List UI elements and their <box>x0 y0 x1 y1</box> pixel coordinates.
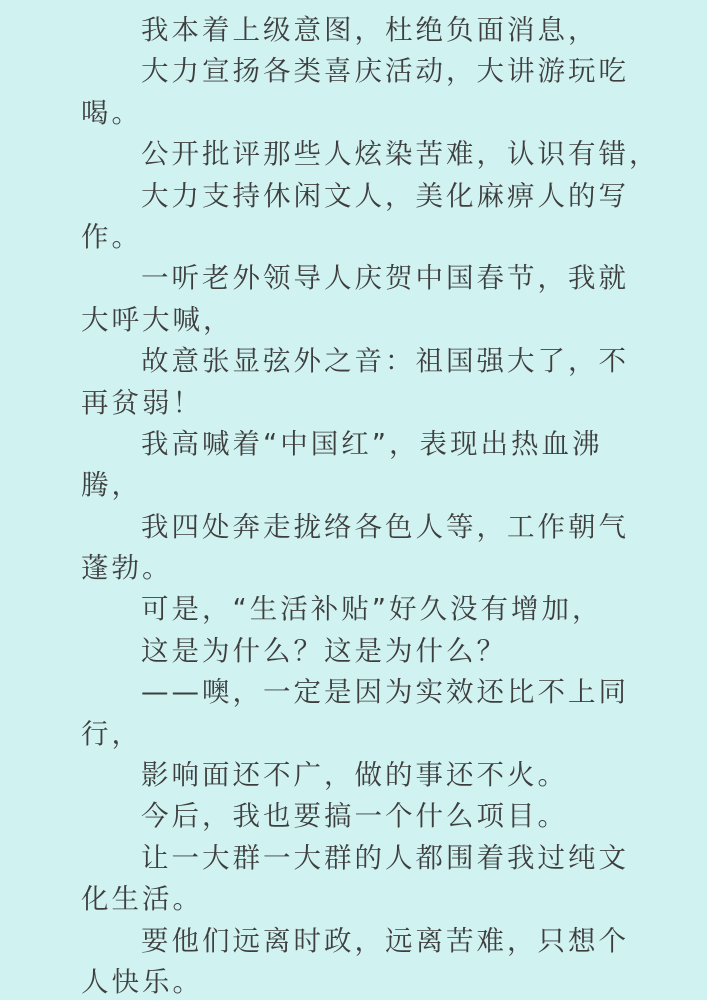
text-line-continuation: 喝。 <box>81 93 641 134</box>
text-line: 要他们远离时政，远离苦难，只想个 <box>81 921 641 962</box>
text-line-continuation: 蓬勃。 <box>81 548 641 589</box>
text-line: 故意张显弦外之音：祖国强大了，不 <box>81 341 641 382</box>
text-line: 一听老外领导人庆贺中国春节，我就 <box>81 258 641 299</box>
poem-text-block: 我本着上级意图，杜绝负面消息， 大力宣扬各类喜庆活动，大讲游玩吃 喝。 公开批评… <box>81 10 641 1000</box>
text-line: 我四处奔走拢络各色人等，工作朝气 <box>81 507 641 548</box>
text-line: 公开批评那些人炫染苦难，认识有错， <box>81 134 641 175</box>
text-line-continuation: 人快乐。 <box>81 962 641 1000</box>
text-line: 我高喊着“中国红”，表现出热血沸 <box>81 424 641 465</box>
text-line: 我本着上级意图，杜绝负面消息， <box>81 10 641 51</box>
text-line: 这是为什么？这是为什么？ <box>81 631 641 672</box>
text-line: 大力支持休闲文人，美化麻痹人的写 <box>81 176 641 217</box>
text-line-continuation: 再贫弱！ <box>81 383 641 424</box>
text-line-continuation: 腾， <box>81 465 641 506</box>
document-page: 我本着上级意图，杜绝负面消息， 大力宣扬各类喜庆活动，大讲游玩吃 喝。 公开批评… <box>0 0 707 1000</box>
text-line-continuation: 化生活。 <box>81 879 641 920</box>
text-line: 大力宣扬各类喜庆活动，大讲游玩吃 <box>81 51 641 92</box>
text-line-continuation: 行， <box>81 714 641 755</box>
text-line-continuation: 大呼大喊， <box>81 300 641 341</box>
text-line: 让一大群一大群的人都围着我过纯文 <box>81 838 641 879</box>
text-line: 今后，我也要搞一个什么项目。 <box>81 796 641 837</box>
text-line-continuation: 作。 <box>81 217 641 258</box>
text-line: 影响面还不广，做的事还不火。 <box>81 755 641 796</box>
text-line: ——噢，一定是因为实效还比不上同 <box>81 672 641 713</box>
text-line: 可是，“生活补贴”好久没有增加， <box>81 589 641 630</box>
